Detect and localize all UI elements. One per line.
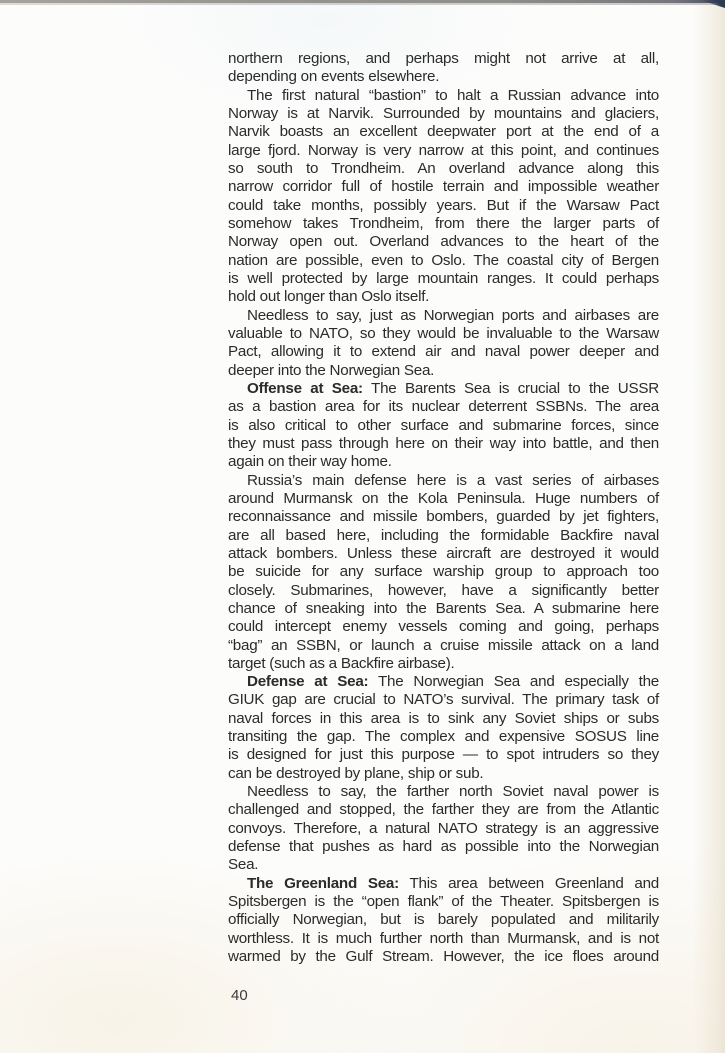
text-line: challenged and stopped, the farther they… [228, 801, 659, 819]
text-line: narrow corridor full of hostile terrain … [228, 178, 659, 196]
text-line: is well protected by large mountain rang… [228, 270, 659, 288]
text-line: is also critical to other surface and su… [228, 417, 659, 435]
text-line: chance of sneaking into the Barents Sea.… [228, 600, 659, 618]
text-line: Spitsbergen is the “open flank” of the T… [228, 893, 659, 911]
text-line: deeper into the Norwegian Sea. [228, 362, 659, 380]
text-line: Norway open out. Overland advances to th… [228, 233, 659, 251]
bold-lead-in: Defense at Sea: [247, 673, 368, 690]
text-line: naval forces in this area is to sink any… [228, 710, 659, 728]
text-line: “bag” an SSBN, or launch a cruise missil… [228, 637, 659, 655]
text-line: attack bombers. Unless these aircraft ar… [228, 545, 659, 563]
text-line: reconnaissance and missile bombers, guar… [228, 508, 659, 526]
text-line: Needless to say, the farther north Sovie… [228, 783, 659, 801]
text-line: defense that pushes as hard as possible … [228, 838, 659, 856]
text-line: is designed for just this purpose — to s… [228, 746, 659, 764]
text-line: could intercept enemy vessels coming and… [228, 618, 659, 636]
text-line: The Greenland Sea: This area between Gre… [228, 875, 659, 893]
text-line: depending on events elsewhere. [228, 68, 659, 86]
text-line: could take months, possibly years. But i… [228, 197, 659, 215]
text-line: officially Norwegian, but is barely popu… [228, 911, 659, 929]
text-line: as a bastion area for its nuclear deterr… [228, 398, 659, 416]
text-line: Norway is at Narvik. Surrounded by mount… [228, 105, 659, 123]
text-line: closely. Submarines, however, have a sig… [228, 582, 659, 600]
page-number: 40 [231, 987, 248, 1004]
text-line: be suicide for any surface warship group… [228, 563, 659, 581]
bold-lead-in: The Greenland Sea: [247, 875, 399, 892]
text-line: nation are possible, even to Oslo. The c… [228, 252, 659, 270]
body-text: northern regions, and perhaps might not … [228, 50, 659, 966]
text-line: worthless. It is much further north than… [228, 930, 659, 948]
text-line: can be destroyed by plane, ship or sub. [228, 765, 659, 783]
text-line: again on their way home. [228, 453, 659, 471]
bold-lead-in: Offense at Sea: [247, 380, 363, 397]
text-line: GIUK gap are crucial to NATO’s survival.… [228, 691, 659, 709]
text-line: around Murmansk on the Kola Peninsula. H… [228, 490, 659, 508]
text-line: Sea. [228, 856, 659, 874]
text-line: they must pass through here on their way… [228, 435, 659, 453]
text-line: so south to Trondheim. An overland advan… [228, 160, 659, 178]
text-line: valuable to NATO, so they would be inval… [228, 325, 659, 343]
scanned-page: northern regions, and perhaps might not … [0, 0, 725, 1053]
text-line: transiting the gap. The complex and expe… [228, 728, 659, 746]
text-line: target (such as a Backfire airbase). [228, 655, 659, 673]
text-line: Defense at Sea: The Norwegian Sea and es… [228, 673, 659, 691]
text-line: northern regions, and perhaps might not … [228, 50, 659, 68]
text-line: convoys. Therefore, a natural NATO strat… [228, 820, 659, 838]
text-line: warmed by the Gulf Stream. However, the … [228, 948, 659, 966]
text-line: Narvik boasts an excellent deepwater por… [228, 123, 659, 141]
text-line: The first natural “bastion” to halt a Ru… [228, 87, 659, 105]
text-line: Russia’s main defense here is a vast ser… [228, 472, 659, 490]
scan-edge-top-fade [0, 3, 725, 5]
text-line: somehow takes Trondheim, from there the … [228, 215, 659, 233]
text-line: Needless to say, just as Norwegian ports… [228, 307, 659, 325]
text-line: Pact, allowing it to extend air and nava… [228, 343, 659, 361]
text-line: hold out longer than Oslo itself. [228, 288, 659, 306]
text-line: large fjord. Norway is very narrow at th… [228, 142, 659, 160]
text-line: Offense at Sea: The Barents Sea is cruci… [228, 380, 659, 398]
text-line: are all based here, including the formid… [228, 527, 659, 545]
